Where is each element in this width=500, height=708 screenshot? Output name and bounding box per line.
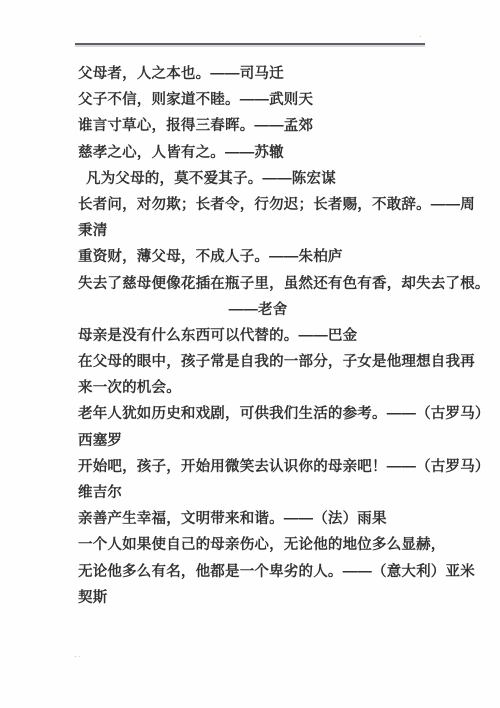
text-line: 父母者，人之本也。——司马迁 [78, 61, 426, 87]
document-page: · 父母者，人之本也。——司马迁父子不信，则家道不睦。——武则天谁言寸草心，报得… [0, 0, 500, 708]
text-line: 开始吧，孩子，开始用微笑去认识你的母亲吧！——（古罗马） [78, 454, 426, 480]
text-line: 来一次的机会。 [78, 375, 426, 401]
horizontal-rule [75, 43, 425, 45]
document-page-root: { "page": { "background_color": "#ffffff… [0, 0, 500, 708]
text-line: 失去了慈母便像花插在瓶子里，虽然还有色有香，却失去了根。 [78, 271, 426, 297]
document-body: 父母者，人之本也。——司马迁父子不信，则家道不睦。——武则天谁言寸草心，报得三春… [78, 61, 426, 611]
footer-artifact-mark: -· [74, 652, 82, 661]
text-line: 无论他多么有名，他都是一个卑劣的人。——（意大利）亚米 [78, 559, 426, 585]
text-line: 维吉尔 [78, 480, 426, 506]
text-line: 重资财，薄父母，不成人子。——朱柏庐 [78, 244, 426, 270]
text-line: 母亲是没有什么东西可以代替的。——巴金 [78, 323, 426, 349]
text-line: ——老舍 [78, 297, 426, 323]
text-line: 亲善产生幸福，文明带来和谐。——（法）雨果 [78, 506, 426, 532]
scan-artifact-mark: · [419, 33, 422, 41]
text-line: 凡为父母的，莫不爱其子。——陈宏谋 [78, 166, 426, 192]
text-line: 长者问，对勿欺；长者令，行勿迟；长者赐，不敢辞。——周 [78, 192, 426, 218]
text-line: 契斯 [78, 585, 426, 611]
text-line: 西塞罗 [78, 428, 426, 454]
text-line: 老年人犹如历史和戏剧，可供我们生活的参考。——（古罗马） [78, 401, 426, 427]
text-line: 在父母的眼中，孩子常是自我的一部分，子女是他理想自我再 [78, 349, 426, 375]
text-line: 秉清 [78, 218, 426, 244]
text-line: 父子不信，则家道不睦。——武则天 [78, 87, 426, 113]
text-line: 一个人如果使自己的母亲伤心，无论他的地位多么显赫， [78, 532, 426, 558]
text-line: 谁言寸草心，报得三春晖。——孟郊 [78, 113, 426, 139]
text-line: 慈孝之心，人皆有之。——苏辙 [78, 140, 426, 166]
